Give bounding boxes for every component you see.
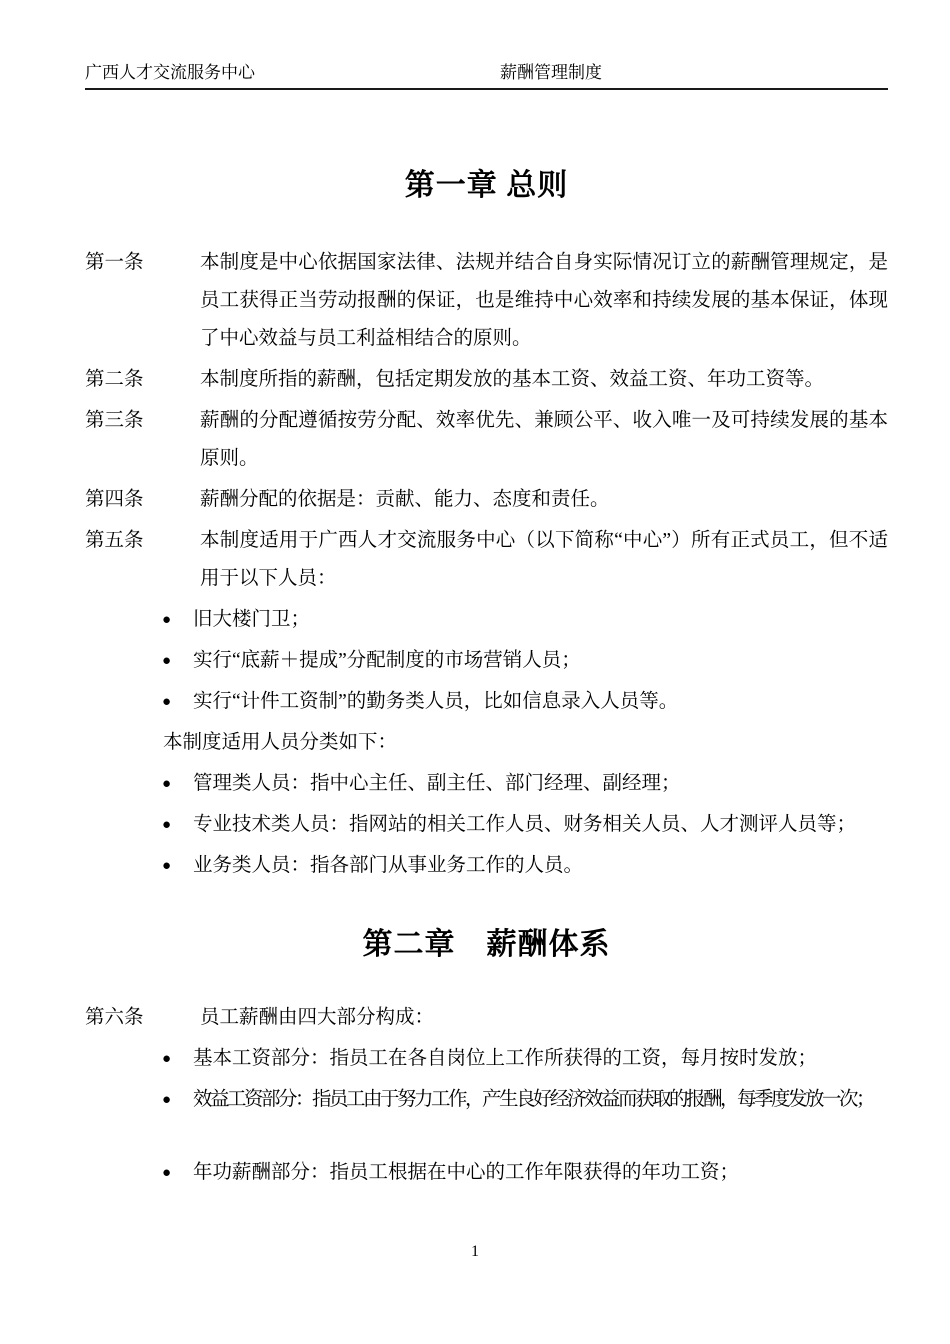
bullet-text: 效益工资部分：指员工由于努力工作，产生良好经济效益而获取的报酬，每季度发放一次；	[193, 1081, 873, 1119]
bullet-icon: ●	[162, 683, 193, 721]
article-text: 本制度是中心依据国家法律、法规并结合自身实际情况订立的薪酬管理规定，是员工获得正…	[200, 244, 888, 358]
bullet-text: 年功薪酬部分：指员工根据在中心的工作年限获得的年功工资；	[193, 1154, 739, 1192]
chapter1-body: 第一条 本制度是中心依据国家法律、法规并结合自身实际情况订立的薪酬管理规定，是员…	[85, 244, 888, 1192]
classification-intro: 本制度适用人员分类如下：	[163, 724, 888, 762]
page-header: 广西人才交流服务中心 薪酬管理制度	[85, 62, 888, 88]
article-text: 员工薪酬由四大部分构成：	[200, 999, 888, 1037]
list-item: ● 年功薪酬部分：指员工根据在中心的工作年限获得的年功工资；	[162, 1154, 888, 1192]
page-footer: 1	[0, 1242, 950, 1262]
bullet-text: 实行“计件工资制”的勤务类人员，比如信息录入人员等。	[193, 683, 678, 721]
list-item: ● 旧大楼门卫；	[162, 601, 888, 639]
bullet-icon: ●	[162, 806, 193, 844]
article-row: 第六条 员工薪酬由四大部分构成：	[85, 999, 888, 1037]
list-item: ● 基本工资部分：指员工在各自岗位上工作所获得的工资，每月按时发放；	[162, 1040, 888, 1078]
article-text: 本制度适用于广西人才交流服务中心（以下简称“中心”）所有正式员工，但不适用于以下…	[200, 522, 888, 598]
page-number: 1	[471, 1243, 479, 1260]
article-label: 第三条	[85, 402, 200, 478]
article-label: 第五条	[85, 522, 200, 598]
header-rule	[85, 88, 888, 90]
article-label: 第二条	[85, 361, 200, 399]
bullet-icon: ●	[162, 1040, 193, 1078]
article-label: 第四条	[85, 481, 200, 519]
bullet-text: 实行“底薪＋提成”分配制度的市场营销人员；	[193, 642, 581, 680]
blank-line	[85, 1122, 888, 1154]
document-page: 广西人才交流服务中心 薪酬管理制度 第一章 总则 第一条 本制度是中心依据国家法…	[0, 0, 950, 1344]
article-row: 第一条 本制度是中心依据国家法律、法规并结合自身实际情况订立的薪酬管理规定，是员…	[85, 244, 888, 358]
list-item: ● 专业技术类人员：指网站的相关工作人员、财务相关人员、人才测评人员等；	[162, 806, 888, 844]
bullet-icon: ●	[162, 765, 193, 803]
bullet-icon: ●	[162, 847, 193, 885]
header-right-text: 薪酬管理制度	[500, 62, 602, 84]
header-left-text: 广西人才交流服务中心	[85, 63, 255, 82]
article-row: 第四条 薪酬分配的依据是：贡献、能力、态度和责任。	[85, 481, 888, 519]
article-text: 本制度所指的薪酬，包括定期发放的基本工资、效益工资、年功工资等。	[200, 361, 888, 399]
article-text: 薪酬分配的依据是：贡献、能力、态度和责任。	[200, 481, 888, 519]
bullet-text: 业务类人员：指各部门从事业务工作的人员。	[193, 847, 583, 885]
list-item: ● 效益工资部分：指员工由于努力工作，产生良好经济效益而获取的报酬，每季度发放一…	[162, 1081, 888, 1119]
bullet-text: 管理类人员：指中心主任、副主任、部门经理、副经理；	[193, 765, 681, 803]
bullet-text: 基本工资部分：指员工在各自岗位上工作所获得的工资，每月按时发放；	[193, 1040, 817, 1078]
list-item: ● 实行“底薪＋提成”分配制度的市场营销人员；	[162, 642, 888, 680]
bullet-text: 专业技术类人员：指网站的相关工作人员、财务相关人员、人才测评人员等；	[193, 806, 856, 844]
article-text: 薪酬的分配遵循按劳分配、效率优先、兼顾公平、收入唯一及可持续发展的基本原则。	[200, 402, 888, 478]
article-row: 第二条 本制度所指的薪酬，包括定期发放的基本工资、效益工资、年功工资等。	[85, 361, 888, 399]
bullet-icon: ●	[162, 642, 193, 680]
article-label: 第一条	[85, 244, 200, 358]
bullet-text: 旧大楼门卫；	[193, 601, 310, 639]
bullet-icon: ●	[162, 1081, 193, 1119]
list-item: ● 管理类人员：指中心主任、副主任、部门经理、副经理；	[162, 765, 888, 803]
list-item: ● 业务类人员：指各部门从事业务工作的人员。	[162, 847, 888, 885]
list-item: ● 实行“计件工资制”的勤务类人员，比如信息录入人员等。	[162, 683, 888, 721]
bullet-icon: ●	[162, 601, 193, 639]
chapter1-title: 第一章 总则	[85, 168, 888, 204]
article-label: 第六条	[85, 999, 200, 1037]
article-row: 第三条 薪酬的分配遵循按劳分配、效率优先、兼顾公平、收入唯一及可持续发展的基本原…	[85, 402, 888, 478]
chapter2-title: 第二章 薪酬体系	[85, 927, 888, 963]
bullet-icon: ●	[162, 1154, 193, 1192]
article-row: 第五条 本制度适用于广西人才交流服务中心（以下简称“中心”）所有正式员工，但不适…	[85, 522, 888, 598]
